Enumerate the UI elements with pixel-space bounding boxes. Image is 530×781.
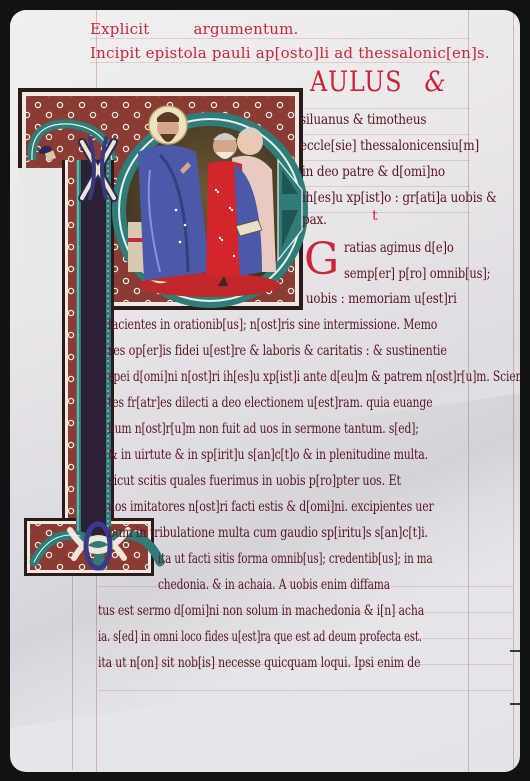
ruling-line xyxy=(300,108,470,109)
text-line: ratias agimus d[e]o xyxy=(344,240,454,256)
text-line: & in uirtute & in sp[irit]u s[an]c[t]o &… xyxy=(108,447,428,463)
text-line: ih[es]u xp[ist]o : gr[ati]a uobis & xyxy=(302,190,497,206)
red-paragraph-mark: t xyxy=(372,208,377,224)
text-line: tus est sermo d[omi]ni non solum in mach… xyxy=(98,603,424,619)
edge-mark xyxy=(510,650,520,652)
text-line: facientes in orationib[us]; n[ost]ris si… xyxy=(108,317,437,333)
text-line: uobis : memoriam u[est]ri xyxy=(306,291,457,307)
ruling-line xyxy=(98,690,513,691)
text-line: in deo patre & d[omi]no xyxy=(302,164,445,180)
text-line: pax. xyxy=(302,212,327,228)
text-line: chedonia. & in achaia. A uobis enim diff… xyxy=(158,577,390,593)
text-line: lium n[ost]r[u]m non fuit ad uos in serm… xyxy=(108,421,419,437)
ruling-line xyxy=(300,186,470,187)
text-line: ita ut n[on] sit nob[is] necesse quicqua… xyxy=(98,655,420,671)
ruling-vertical-right xyxy=(468,10,469,772)
edge-mark xyxy=(510,703,520,705)
text-line: ita ut facti sitis forma omnib[us]; cred… xyxy=(158,551,433,567)
heading-paulus: AULUS& xyxy=(310,65,447,98)
text-line: spei d[omi]ni n[ost]ri ih[es]u xp[ist]i … xyxy=(108,369,520,385)
initial-g: G xyxy=(304,238,338,282)
manuscript-page: Explicitargumentum. Incipit epistola pau… xyxy=(10,10,520,772)
ruling-vertical-outer xyxy=(513,10,514,772)
text-line: eccle[sie] thessalonicensiu[m] xyxy=(300,138,479,154)
text-line: bum in tribulatione multa cum gaudio sp[… xyxy=(108,525,428,541)
heading-caps-text: AULUS xyxy=(310,65,402,98)
heading-ampersand: & xyxy=(424,65,446,98)
text-line: ia. s[ed] in omni loco fides u[est]ra qu… xyxy=(98,629,422,645)
text-line: sicut scitis quales fuerimus in uobis p[… xyxy=(108,473,401,489)
text-line: tes fr[atr]es dilecti a deo electionem u… xyxy=(108,395,433,411)
ruling-line xyxy=(300,160,470,161)
text-line: uos imitatores n[ost]ri facti estis & d[… xyxy=(108,499,434,515)
ruling-line xyxy=(300,134,470,135)
text-line: semp[er] p[ro] omnib[us]; xyxy=(344,266,490,282)
text-line: siluanus & timotheus xyxy=(300,112,426,128)
text-line: res op[er]is fidei u[est]re & laboris & … xyxy=(108,343,447,359)
